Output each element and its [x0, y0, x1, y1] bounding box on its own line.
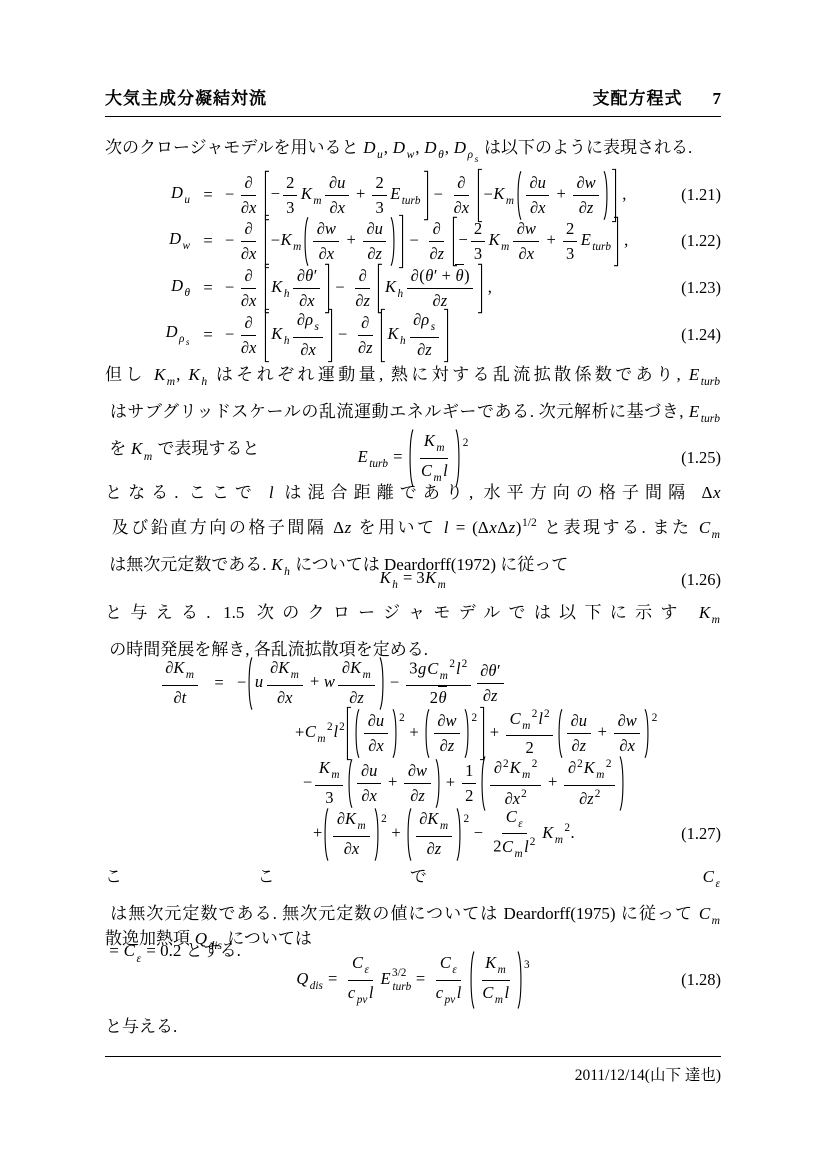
math-subscript: m [437, 579, 447, 591]
math-variable: ∂ [493, 758, 502, 777]
math-variable: m [293, 241, 302, 253]
math-text: − [237, 672, 246, 691]
fraction-numerator: ∂w [513, 218, 539, 242]
fraction-denominator: ∂z [479, 684, 501, 707]
math-variable: ∂K [165, 658, 185, 677]
math-subscript: m [439, 820, 449, 832]
math-fenced-group: Kh∂(θ′ + θ)∂z [376, 263, 483, 314]
math-variable: l [333, 722, 339, 741]
fraction-denominator: ∂x [297, 338, 319, 361]
math-variable: K [425, 568, 437, 587]
math-fraction: ∂w∂z [404, 760, 430, 807]
fraction-denominator: Cml [479, 981, 513, 1009]
math-variable: D [453, 138, 466, 157]
fraction-numerator: 2 [372, 172, 386, 196]
fence-content: ∂u∂x2 + ∂w∂z2 [352, 708, 478, 759]
math-subscript: ε [451, 964, 457, 976]
math-superscript: 2 [462, 437, 469, 449]
math-variable: l [443, 461, 449, 480]
math-text: ここで [105, 867, 702, 886]
math-variable: s [474, 155, 479, 165]
fraction-numerator: Km [315, 757, 343, 786]
math-variable: C [439, 953, 451, 972]
fraction-numerator: ∂w [404, 760, 430, 784]
math-subscript: θ [183, 287, 191, 299]
math-subscript: m [185, 669, 195, 681]
math-variable: C [509, 709, 521, 728]
stretchy-paren [517, 950, 524, 1010]
math-fraction: Km3 [315, 757, 343, 808]
math-variable: ε [518, 818, 523, 830]
math-variable: ∂x [300, 340, 316, 359]
fraction-numerator: Cε [348, 952, 372, 981]
math-variable: m [522, 769, 531, 781]
math-variable: ε [452, 964, 457, 976]
math-subscript: m [595, 769, 605, 781]
math-text: + [594, 722, 612, 741]
stretchy-paren [379, 656, 386, 711]
equation-1-27-line-4: +∂Km∂x2 + ∂Km∂z2 − Cε2Cml2Km2. (1.27) [105, 808, 721, 860]
math-variable: ∂ [244, 173, 253, 192]
math-text: + [352, 184, 370, 203]
equals-sign: = [191, 231, 225, 251]
fraction-numerator: 2 [471, 218, 485, 242]
fraction-numerator: ∂ [355, 265, 370, 289]
math-text: 2 [472, 712, 478, 724]
equation-1-27-line-3: −Km3∂u∂x + ∂w∂z + 12∂2Km2∂x2 + ∂2Km2∂z2 [105, 758, 721, 808]
math-variable: K [583, 758, 595, 777]
math-variable: s [185, 337, 190, 347]
fraction-numerator: ∂ [241, 312, 256, 336]
math-variable: m [596, 769, 605, 781]
math-variable: K [271, 277, 283, 296]
math-variable: ∂x [318, 244, 334, 263]
math-variable: ∂u [360, 761, 377, 780]
running-title: 大気主成分凝結対流 [105, 84, 267, 109]
equation-1-28: Qdis = CεcpvlE3/2turb = CεcpvlKmCml3 (1.… [105, 950, 721, 1010]
math-fraction: ∂Km∂z [338, 657, 374, 708]
math-text: 2 [530, 836, 536, 848]
stacked-sub: turb [392, 980, 412, 994]
math-subscript: m [521, 720, 531, 732]
math-variable: K [509, 758, 521, 777]
math-variable: pv [444, 994, 456, 1006]
math-text: 但し [105, 365, 153, 384]
equation-1-27-line-2: +Cm2l2∂u∂x2 + ∂w∂z2 + Cm2l22∂u∂z + ∂w∂x2 [105, 708, 721, 758]
equation-1-25: Eturb = KmCml2 (1.25) [105, 434, 721, 482]
math-superscript: 2 [531, 758, 538, 770]
math-variable: C [505, 807, 517, 826]
math-variable: w [406, 148, 415, 161]
math-text: は無次元定数である. 無次元定数の値については Deardorff(1975) … [105, 904, 698, 923]
fraction-numerator: ∂(θ′ + θ) [407, 265, 473, 289]
math-fraction: 3gCm2l22θ [406, 657, 470, 709]
math-subscript: w [182, 240, 191, 252]
math-subscript: u [376, 148, 384, 161]
math-text: は混合距離であり, 水平方向の格子間隔 Δ [274, 483, 712, 502]
math-text: ′ [314, 266, 318, 285]
math-variable: θ [425, 266, 434, 285]
math-text: 3/2 [392, 967, 406, 979]
fraction-denominator: ∂z2 [576, 786, 604, 810]
fraction-numerator: ∂w [573, 172, 599, 196]
math-variable: turb [369, 458, 389, 470]
fraction-denominator: ∂z [423, 837, 445, 860]
page-footer: 2011/12/14(山下 達也) [105, 1056, 721, 1085]
math-text: 3 [409, 659, 417, 678]
equation-number: (1.23) [681, 278, 721, 298]
math-variable: m [437, 579, 446, 591]
fraction-numerator: ∂w [313, 218, 339, 242]
equation-rhs: −u∂Km∂x + w∂Km∂z − 3gCm2l22θ∂θ′∂z [237, 656, 507, 711]
math-text: , [484, 277, 492, 296]
stretchy-bracket [263, 308, 270, 363]
math-fraction: Cm2l22 [506, 707, 553, 759]
math-subscript: ρs [467, 148, 480, 161]
fence-content: Kh∂ρs∂x [270, 309, 327, 360]
math-text: = (Δ [449, 518, 489, 537]
fence-content: ∂u∂x + ∂w∂z [522, 172, 603, 219]
fraction-numerator: ∂u [364, 710, 387, 734]
math-text: 2 [564, 822, 570, 834]
math-variable: ∂x [276, 688, 292, 707]
math-text: はサブグリッドスケールの乱流運動エネルギーである. 次元解析に基づき, [105, 402, 688, 421]
math-fraction: ∂Km∂x [267, 657, 303, 708]
stretchy-paren [374, 807, 381, 862]
math-text: − [484, 184, 493, 203]
math-subscript: m [330, 769, 340, 781]
fraction-numerator: ∂w [434, 710, 460, 734]
math-fenced-group: ∂u∂x + ∂w∂z [346, 758, 441, 809]
math-fenced-group: −23Km∂w∂x + 23Eturb [451, 216, 620, 267]
math-text: − [225, 230, 234, 249]
math-text: − [331, 277, 349, 296]
fraction-denominator: cpvl [432, 981, 465, 1009]
equation-number: (1.26) [681, 570, 721, 590]
math-text: ′ [497, 661, 501, 680]
math-variable: m [711, 613, 720, 626]
math-subscript: m [711, 613, 721, 626]
math-text: − [459, 230, 468, 249]
math-variable: ε [364, 964, 369, 976]
page-number: 7 [713, 89, 722, 108]
math-variable: m [331, 769, 340, 781]
stretchy-paren [405, 807, 412, 862]
math-variable: h [201, 375, 208, 388]
math-variable: ∂K [419, 809, 439, 828]
math-text: − [386, 672, 404, 691]
stretchy-bracket [376, 263, 383, 314]
equals-sign: = [191, 185, 225, 205]
math-subscript: turb [401, 195, 422, 207]
fraction-numerator: 3gCm2l2 [406, 657, 470, 686]
math-variable: K [280, 230, 292, 249]
fraction-numerator: ∂ [241, 218, 256, 242]
math-variable: x [712, 483, 721, 502]
stretchy-bracket [379, 308, 386, 363]
math-subscript: ρs [178, 333, 191, 345]
stretchy-paren [468, 950, 475, 1010]
equation-number: (1.24) [681, 325, 721, 345]
math-variable: ∂u [570, 711, 587, 730]
math-fraction: 23 [563, 218, 577, 265]
math-variable: K [271, 324, 283, 343]
math-variable: m [317, 733, 326, 745]
math-text: 散逸加熱項 [105, 929, 194, 948]
math-subscript: s [474, 155, 480, 165]
math-variable: h [397, 288, 404, 300]
math-fraction: 23 [372, 172, 386, 219]
math-variable: g [418, 659, 427, 678]
math-variable: E [688, 365, 699, 384]
math-variable: c [347, 983, 355, 1002]
math-text: 2 [327, 721, 333, 733]
fraction-denominator: ∂z [436, 734, 458, 757]
math-fraction: ∂θ′∂x [293, 265, 320, 312]
header-right: 支配方程式7 [593, 84, 722, 109]
math-variable: E [580, 230, 591, 249]
math-variable: ∂z [417, 340, 433, 359]
math-subscript: h [283, 335, 291, 347]
math-variable: ∂θ [480, 661, 497, 680]
stretchy-paren [246, 656, 253, 711]
stretchy-bracket [451, 216, 458, 267]
math-subscript: m [435, 442, 445, 454]
fence-content: ∂u∂z + ∂w∂x [563, 710, 644, 757]
math-variable: K [485, 953, 497, 972]
fraction-numerator: ∂ [241, 172, 256, 196]
math-variable: z [344, 518, 352, 537]
math-text: Δ [497, 518, 508, 537]
fraction-denominator: ∂x [273, 686, 295, 709]
math-text: + [384, 772, 402, 791]
equation-lhs: ∂Km∂t [105, 657, 201, 708]
math-variable: K [488, 230, 500, 249]
section-title: 支配方程式 [593, 89, 683, 108]
stretchy-bracket [327, 308, 334, 363]
equation-rhs: −Km3∂u∂x + ∂w∂z + 12∂2Km2∂x2 + ∂2Km2∂z2 [303, 755, 626, 812]
fraction-numerator: ∂θ′ [477, 660, 504, 684]
math-text: , [176, 365, 188, 384]
math-variable: ∂ [410, 266, 419, 285]
fence-content: ∂Km∂x [329, 808, 373, 859]
math-text: 3 [474, 244, 482, 263]
math-text: 及び鉛直方向の格子間隔 Δ [105, 518, 344, 537]
math-text: 2 [566, 219, 574, 238]
math-fenced-group: ∂w∂z [423, 708, 471, 759]
fraction-numerator: ∂u [526, 172, 549, 196]
math-variable: ∂w [407, 761, 427, 780]
math-fraction: ∂∂x [237, 312, 259, 359]
equation-1-22: Dw = −∂∂x−Km∂w∂x + ∂u∂z − ∂∂z−23Km∂w∂x +… [105, 218, 721, 264]
math-text: + [342, 230, 360, 249]
math-variable: ∂w [576, 173, 596, 192]
math-fraction: ∂∂x [450, 172, 472, 219]
math-subscript: w [406, 148, 416, 161]
math-superscript: 2 [651, 712, 658, 724]
math-variable: ∂K [336, 809, 356, 828]
math-variable: ∂x [361, 786, 377, 805]
fraction-numerator: ∂Km [267, 657, 303, 686]
math-fraction: ∂w∂x [313, 218, 339, 265]
math-text: 2 [606, 758, 612, 770]
equals-sign: = [191, 278, 225, 298]
fraction-denominator: 3 [471, 242, 485, 265]
fraction-numerator: ∂u [567, 710, 590, 734]
math-text: 2 [464, 813, 470, 825]
equation-1-24: Dρs = −∂∂xKh∂ρs∂x − ∂∂zKh∂ρs∂z (1.24) [105, 312, 721, 358]
math-text: 2 [462, 658, 468, 670]
equation-body: Kh = 3Km [379, 568, 447, 593]
math-text: + [544, 772, 562, 791]
math-variable: l [456, 983, 462, 1002]
math-variable: K [188, 365, 200, 384]
math-variable: K [379, 568, 391, 587]
math-variable: m [505, 195, 514, 207]
equation-number: (1.27) [681, 824, 721, 844]
math-text: 次のクロージャモデルを用いると [105, 138, 363, 157]
fraction-denominator: ∂x [237, 242, 259, 265]
math-subscript: ε [517, 818, 523, 830]
math-variable: ∂u [366, 219, 383, 238]
math-variable: m [185, 669, 194, 681]
math-variable: m [362, 669, 371, 681]
math-text: 2 [652, 712, 658, 724]
equation-rhs: −∂∂x−Km∂w∂x + ∂u∂z − ∂∂z−23Km∂w∂x + 23Et… [225, 214, 628, 269]
math-text: , [620, 230, 628, 249]
math-text: は以下のように表現される. [480, 138, 693, 157]
math-variable: m [711, 528, 720, 541]
math-variable: C [482, 983, 494, 1002]
stretchy-paren [464, 708, 471, 759]
stretchy-bracket [345, 706, 352, 761]
math-subscript: s [314, 321, 320, 333]
equation-number: (1.22) [681, 231, 721, 251]
math-variable: m [497, 964, 506, 976]
math-subscript: h [391, 579, 399, 591]
fraction-denominator: ∂z [407, 784, 429, 807]
math-variable: E [688, 402, 699, 421]
stretchy-bracket [443, 308, 450, 363]
math-variable: D [363, 138, 376, 157]
math-text: 3 [325, 788, 333, 807]
equation-group-km-evolution: ∂Km∂t = −u∂Km∂x + w∂Km∂z − 3gCm2l22θ∂θ′∂… [105, 658, 721, 860]
math-variable: ε [715, 877, 721, 890]
stretchy-paren [322, 807, 329, 862]
math-variable: K [542, 823, 554, 842]
math-fraction: ∂u∂z [363, 218, 386, 265]
math-fraction: ∂u∂z [567, 710, 590, 757]
math-variable: m [514, 848, 523, 860]
equation-group-diffusion-terms: Du = −∂∂x−23Km∂u∂x + 23Eturb − ∂∂x−Km∂u∂… [105, 172, 721, 358]
math-fraction: ∂w∂x [614, 710, 640, 757]
math-superscript: 2 [564, 822, 571, 834]
math-subscript: m [554, 834, 564, 846]
footer-credit: 2011/12/14(山下 達也) [575, 1067, 721, 1084]
math-fenced-group: Kh∂ρs∂x [263, 308, 334, 363]
math-subscript: turb [700, 375, 721, 388]
math-subscript: pv [444, 994, 457, 1006]
math-subscript: pv [356, 994, 369, 1006]
math-fraction: ∂2Km2∂x2 [490, 757, 541, 810]
fraction-denominator: ∂x [340, 837, 362, 860]
math-subscript: m [362, 669, 372, 681]
math-variable: ∂ [457, 173, 466, 192]
fraction-denominator: ∂x [237, 336, 259, 359]
fence-content: ∂w∂x + ∂u∂z [309, 218, 390, 265]
equals-sign: = [191, 325, 225, 345]
equation-rhs: +Cm2l2∂u∂x2 + ∂w∂z2 + Cm2l22∂u∂z + ∂w∂x2 [295, 706, 658, 761]
fraction-numerator: ∂ [358, 312, 373, 336]
stretchy-paren [390, 216, 397, 267]
math-text: + [442, 772, 460, 791]
math-variable: u [184, 194, 191, 206]
math-variable: m [494, 994, 503, 1006]
math-variable: ∂z [429, 244, 445, 263]
math-variable: ∂ [244, 313, 253, 332]
math-text: 2 [339, 721, 345, 733]
math-variable: ∂z [579, 789, 595, 808]
math-variable: ∂K [341, 658, 361, 677]
math-text: + [295, 722, 304, 741]
fence-content: ∂2Km2∂x2 + ∂2Km2∂z2 [486, 757, 619, 810]
math-fenced-group: Kh∂θ′∂x [263, 263, 332, 314]
equation-1-23: Dθ = −∂∂xKh∂θ′∂x − ∂∂zKh∂(θ′ + θ)∂z , (1… [105, 264, 721, 312]
math-text: . [571, 823, 575, 842]
fraction-numerator: ∂w [614, 710, 640, 734]
math-text: 1/2 [522, 516, 537, 529]
math-variable: D [424, 138, 437, 157]
fraction-denominator: ∂x [358, 784, 380, 807]
math-text: , [445, 138, 454, 157]
math-text: − [470, 823, 488, 842]
math-variable: m [166, 375, 175, 388]
math-variable: ρ [179, 333, 185, 345]
fence-content: ∂u∂x + ∂w∂z [353, 760, 434, 807]
fraction-denominator: 3 [563, 242, 577, 265]
math-text: + [552, 184, 570, 203]
math-text: 2 [375, 173, 383, 192]
math-text: − [225, 324, 234, 343]
stretchy-bracket [479, 706, 486, 761]
math-variable: c [435, 983, 443, 1002]
math-subscript: s [185, 337, 191, 347]
math-text: − [225, 277, 234, 296]
math-text: については [223, 929, 312, 948]
math-variable: θ [184, 287, 191, 299]
math-variable: ∂ [358, 266, 367, 285]
fraction-numerator: ∂ [241, 265, 256, 289]
equation-rhs: −∂∂xKh∂θ′∂x − ∂∂zKh∂(θ′ + θ)∂z , [225, 263, 492, 314]
math-text: = [412, 969, 430, 988]
fence-content: ∂u∂x [360, 710, 391, 757]
math-variable: turb [700, 412, 720, 425]
fraction-numerator: ∂Km [338, 657, 374, 686]
math-subscript: m [521, 769, 531, 781]
fraction-numerator: Cε [436, 952, 460, 981]
math-variable: E [390, 184, 401, 203]
math-fraction: ∂∂z [354, 312, 376, 359]
stretchy-bracket [263, 263, 270, 314]
math-variable: pv [356, 994, 368, 1006]
math-fraction: ∂ρs∂x [293, 309, 322, 360]
math-variable: ∂z [357, 338, 373, 357]
math-fraction: ∂2Km2∂z2 [564, 757, 615, 810]
fraction-numerator: ∂Km [333, 808, 369, 837]
math-variable: θ [438, 688, 447, 707]
fraction-denominator: ∂z [354, 336, 376, 359]
stretchy-paren [479, 755, 486, 812]
